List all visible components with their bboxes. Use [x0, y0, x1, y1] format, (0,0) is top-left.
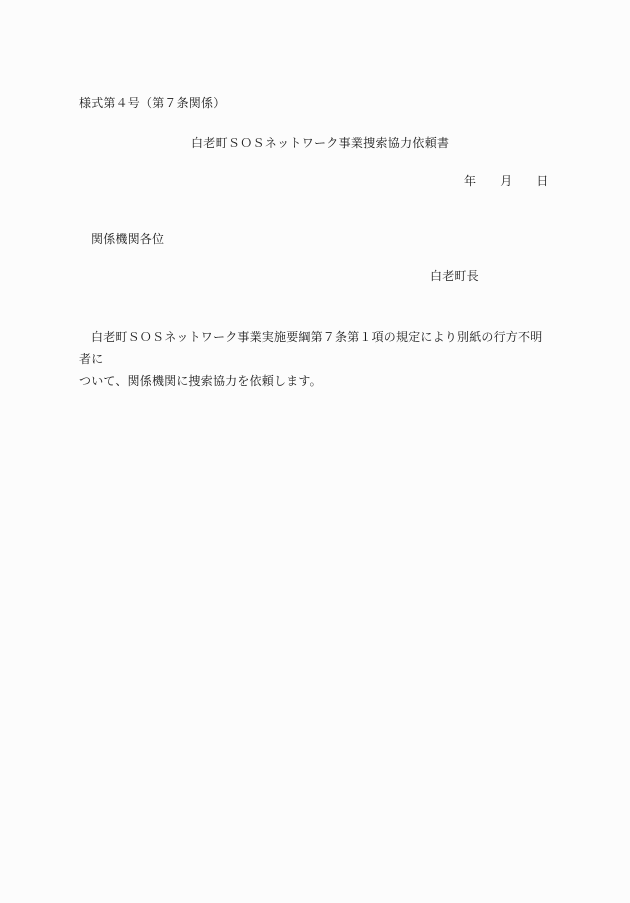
form-number: 様式第４号（第７条関係） [79, 97, 225, 109]
sender: 白老町長 [430, 270, 479, 282]
document-title: 白老町ＳＯＳネットワーク事業捜索協力依頼書 [191, 137, 449, 149]
date-field: 年月日 [464, 175, 549, 187]
body-line-2: ついて、関係機関に捜索協力を依頼します。 [79, 370, 554, 392]
document-page: 様式第４号（第７条関係） 白老町ＳＯＳネットワーク事業捜索協力依頼書 年月日 関… [0, 0, 630, 903]
body-line-1: 白老町ＳＯＳネットワーク事業実施要綱第７条第１項の規定により別紙の行方不明者に [79, 326, 554, 370]
body-paragraph: 白老町ＳＯＳネットワーク事業実施要綱第７条第１項の規定により別紙の行方不明者に … [79, 326, 554, 392]
recipient: 関係機関各位 [91, 233, 164, 245]
day-label: 日 [536, 175, 548, 187]
year-label: 年 [464, 175, 476, 187]
month-label: 月 [500, 175, 512, 187]
